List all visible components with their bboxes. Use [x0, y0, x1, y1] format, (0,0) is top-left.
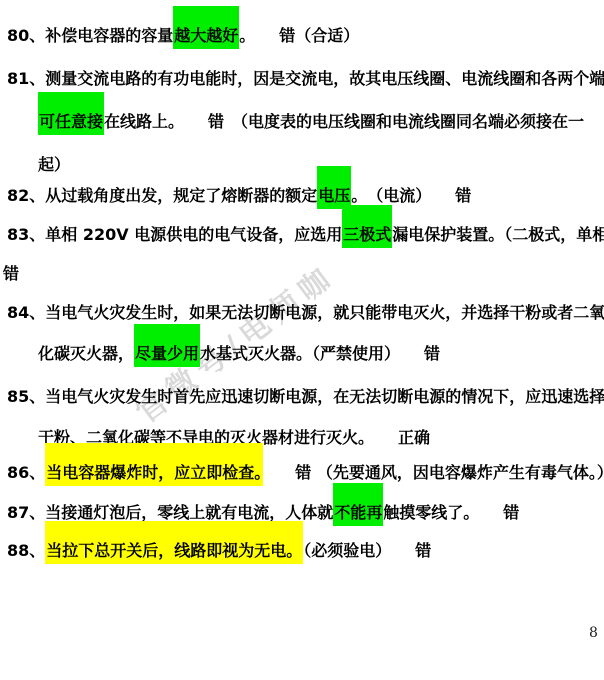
text-line: 化碳灭火器，尽量少用水基式灭火器。（严禁使用） 错 — [38, 343, 440, 365]
text-segment: 80、补偿电容器的容量 — [7, 26, 173, 45]
text-segment: 化碳灭火器， — [38, 344, 134, 363]
text-segment: 85、当电气火灾发生时首先应迅速切断电源，在无法切断电源的情况下，应迅速选择 — [7, 387, 604, 406]
text-segment: 错 — [3, 264, 19, 283]
text-segment: 错 （先要通风，因电容爆炸产生有毒气体。） — [263, 463, 604, 482]
text-segment: 82、从过载角度出发，规定了熔断器的额定 — [7, 186, 317, 205]
highlighted-text-green: 尽量少用 — [134, 324, 200, 367]
page-number: 8 — [589, 625, 598, 641]
text-segment: 水基式灭火器。（严禁使用） 错 — [200, 344, 440, 363]
text-line: 起） — [38, 154, 70, 176]
text-segment: 起） — [38, 155, 70, 174]
text-segment: 86、 — [7, 463, 45, 482]
text-line: 82、从过载角度出发，规定了熔断器的额定电压。 （电流） 错 — [7, 185, 471, 207]
text-segment: 在线路上。 错 （电度表的电压线圈和电流线圈同名端必须接在一 — [104, 112, 584, 131]
text-segment: 83、单相 220V 电源供电的电气设备，应选用 — [7, 225, 342, 244]
text-segment: 87、当接通灯泡后，零线上就有电流，人体就 — [7, 503, 333, 522]
text-segment: 88、 — [7, 541, 45, 560]
text-line: 81、测量交流电路的有功电能时，因是交流电，故其电压线圈、电流线圈和各两个端 — [7, 68, 604, 90]
highlighted-text-yellow: 当电容器爆炸时，应立即检查。 — [45, 443, 263, 486]
text-line: 86、当电容器爆炸时，应立即检查。 错 （先要通风，因电容爆炸产生有毒气体。） — [7, 462, 604, 484]
document-body: 80、补偿电容器的容量越大越好。 错（合适）81、测量交流电路的有功电能时，因是… — [0, 0, 604, 680]
text-segment: （必须验电） 错 — [303, 541, 431, 560]
highlighted-text-green: 三极式 — [342, 205, 392, 248]
highlighted-text-green: 不能再 — [333, 483, 383, 526]
text-segment: 。 错（合适） — [239, 26, 359, 45]
text-line: 80、补偿电容器的容量越大越好。 错（合适） — [7, 25, 359, 47]
text-line: 可任意接在线路上。 错 （电度表的电压线圈和电流线圈同名端必须接在一 — [38, 111, 584, 133]
highlighted-text-yellow: 当拉下总开关后，线路即视为无电。 — [45, 521, 303, 564]
text-segment: 触摸零线了。 错 — [383, 503, 519, 522]
document-page: 官微号/电师咖 80、补偿电容器的容量越大越好。 错（合适）81、测量交流电路的… — [0, 0, 604, 680]
text-segment: 。 （电流） 错 — [351, 186, 471, 205]
text-segment: 漏电保护装置。（二极式，单相） — [392, 225, 604, 244]
text-line: 88、当拉下总开关后，线路即视为无电。（必须验电） 错 — [7, 540, 431, 562]
text-segment: 84、当电气火灾发生时，如果无法切断电源，就只能带电灭火，并选择干粉或者二氧 — [7, 303, 604, 322]
text-line: 83、单相 220V 电源供电的电气设备，应选用三极式漏电保护装置。（二极式，单… — [7, 224, 604, 246]
text-line: 85、当电气火灾发生时首先应迅速切断电源，在无法切断电源的情况下，应迅速选择 — [7, 386, 604, 408]
text-line: 错 — [3, 263, 19, 285]
text-line: 84、当电气火灾发生时，如果无法切断电源，就只能带电灭火，并选择干粉或者二氧 — [7, 302, 604, 324]
highlighted-text-green: 越大越好 — [173, 6, 239, 49]
text-segment: 81、测量交流电路的有功电能时，因是交流电，故其电压线圈、电流线圈和各两个端 — [7, 69, 604, 88]
highlighted-text-green: 可任意接 — [38, 92, 104, 135]
highlighted-text-green: 电压 — [317, 166, 351, 209]
